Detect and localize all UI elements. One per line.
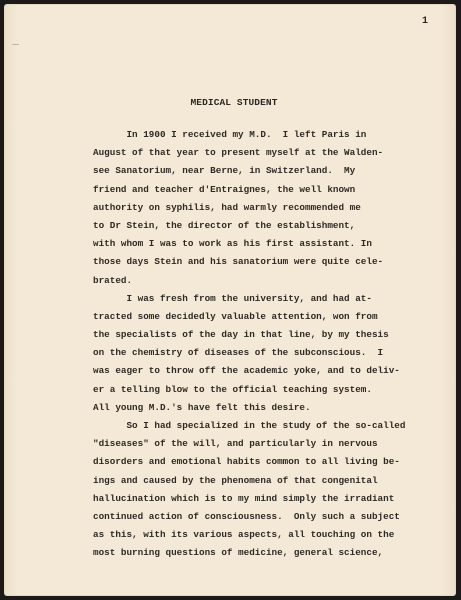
- text-line: authority on syphilis, had warmly recomm…: [93, 199, 443, 217]
- body-text: In 1900 I received my M.D. I left Paris …: [93, 126, 443, 563]
- margin-mark: ~~: [12, 42, 18, 50]
- text-line: er a telling blow to the official teachi…: [93, 381, 443, 399]
- text-line: was eager to throw off the academic yoke…: [93, 362, 443, 380]
- text-line: ings and caused by the phenomena of that…: [93, 472, 443, 490]
- text-line: friend and teacher d'Entraignes, the wel…: [93, 181, 443, 199]
- text-line: disorders and emotional habits common to…: [93, 453, 443, 471]
- text-line: on the chemistry of diseases of the subc…: [93, 344, 443, 362]
- text-line: tracted some decidedly valuable attentio…: [93, 308, 443, 326]
- text-line: hallucination which is to my mind simply…: [93, 490, 443, 508]
- text-line: I was fresh from the university, and had…: [93, 290, 443, 308]
- text-line: continued action of consciousness. Only …: [93, 508, 443, 526]
- text-line: August of that year to present myself at…: [93, 144, 443, 162]
- text-line: most burning questions of medicine, gene…: [93, 544, 443, 562]
- document-title: MEDICAL STUDENT: [4, 97, 460, 108]
- text-line: to Dr Stein, the director of the establi…: [93, 217, 443, 235]
- text-line: those days Stein and his sanatorium were…: [93, 253, 443, 271]
- text-line: brated.: [93, 272, 443, 290]
- text-line: with whom I was to work as his first ass…: [93, 235, 443, 253]
- text-line: see Sanatorium, near Berne, in Switzerla…: [93, 162, 443, 180]
- text-line: "diseases" of the will, and particularly…: [93, 435, 443, 453]
- typed-page: ~~ 1 MEDICAL STUDENT In 1900 I received …: [4, 4, 456, 596]
- text-line: as this, with its various aspects, all t…: [93, 526, 443, 544]
- text-line: the specialists of the day in that line,…: [93, 326, 443, 344]
- text-line: So I had specialized in the study of the…: [93, 417, 443, 435]
- text-line: In 1900 I received my M.D. I left Paris …: [93, 126, 443, 144]
- page-number: 1: [422, 16, 428, 27]
- text-line: All young M.D.'s have felt this desire.: [93, 399, 443, 417]
